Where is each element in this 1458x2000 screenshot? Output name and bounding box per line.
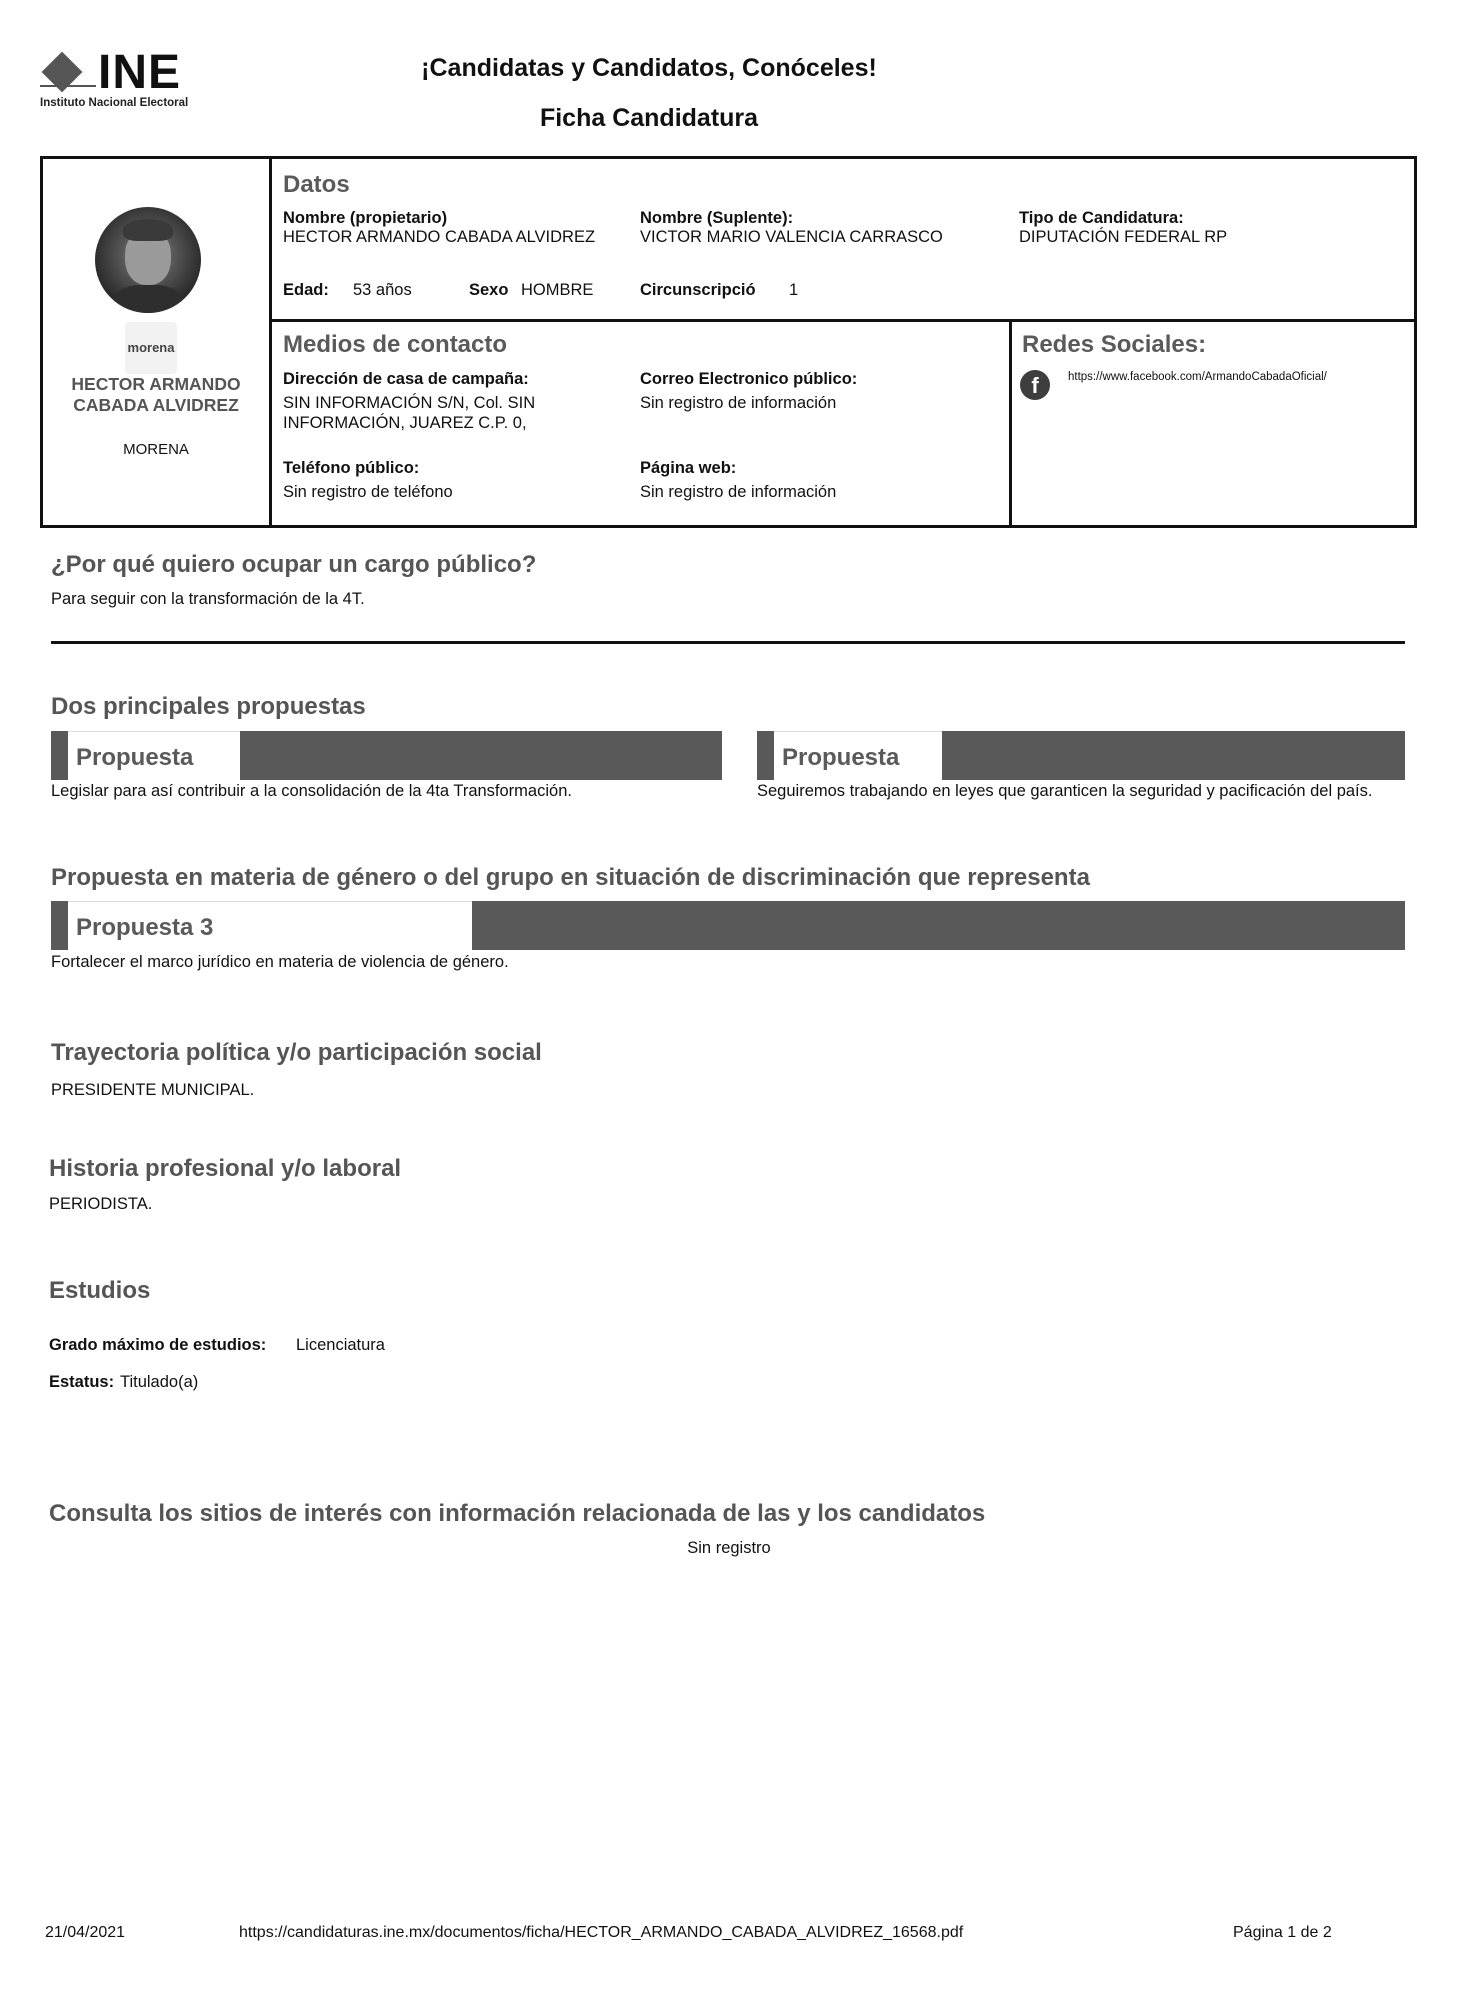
propuesta-3-bar: Propuesta 3 bbox=[51, 901, 1405, 950]
owner-label: Nombre (propietario) bbox=[283, 209, 447, 228]
web-label: Página web: bbox=[640, 459, 736, 478]
propuesta-1-bar: Propuesta bbox=[51, 731, 722, 780]
footer-page: Página 1 de 2 bbox=[1233, 1924, 1332, 1942]
propuesta-3-tab bbox=[51, 901, 68, 950]
email-value: Sin registro de información bbox=[640, 393, 836, 413]
phone-label: Teléfono público: bbox=[283, 459, 419, 478]
substitute-label: Nombre (Suplente): bbox=[640, 209, 793, 228]
datos-heading: Datos bbox=[283, 171, 350, 199]
status-label: Estatus: bbox=[49, 1373, 114, 1392]
page-subtitle: Ficha Candidatura bbox=[0, 104, 1378, 133]
age-label: Edad: bbox=[283, 281, 329, 300]
why-text: Para seguir con la transformación de la … bbox=[51, 590, 365, 609]
facebook-link[interactable]: https://www.facebook.com/ArmandoCabadaOf… bbox=[1068, 371, 1327, 383]
page-title: ¡Candidatas y Candidatos, Conóceles! bbox=[0, 54, 1378, 83]
footer-date: 21/04/2021 bbox=[45, 1924, 125, 1942]
substitute-value: VICTOR MARIO VALENCIA CARRASCO bbox=[640, 227, 943, 247]
footer-url[interactable]: https://candidaturas.ine.mx/documentos/f… bbox=[239, 1924, 963, 1942]
photo-hair bbox=[123, 219, 173, 241]
web-value: Sin registro de información bbox=[640, 482, 836, 502]
divider bbox=[269, 319, 1414, 322]
owner-value: HECTOR ARMANDO CABADA ALVIDREZ bbox=[283, 227, 595, 247]
address-label: Dirección de casa de campaña: bbox=[283, 370, 529, 389]
sex-value: HOMBRE bbox=[521, 280, 593, 300]
sex-label: Sexo bbox=[469, 281, 508, 300]
age-value: 53 años bbox=[353, 280, 412, 300]
sitios-heading: Consulta los sitios de interés con infor… bbox=[49, 1500, 985, 1528]
genero-text: Fortalecer el marco jurídico en materia … bbox=[51, 953, 509, 972]
propuesta-2-bar: Propuesta bbox=[757, 731, 1405, 780]
type-value: DIPUTACIÓN FEDERAL RP bbox=[1019, 227, 1227, 247]
divider bbox=[1009, 319, 1012, 525]
circ-value: 1 bbox=[789, 280, 798, 300]
estudios-heading: Estudios bbox=[49, 1277, 150, 1305]
address-line1: SIN INFORMACIÓN S/N, Col. SIN bbox=[283, 393, 535, 413]
sitios-text: Sin registro bbox=[0, 1539, 1458, 1558]
phone-value: Sin registro de teléfono bbox=[283, 482, 453, 502]
propuesta-2-tab bbox=[757, 731, 774, 780]
logo-baseline bbox=[40, 85, 96, 87]
genero-heading: Propuesta en materia de género o del gru… bbox=[51, 864, 1090, 892]
why-heading: ¿Por qué quiero ocupar un cargo público? bbox=[51, 551, 536, 579]
historia-text: PERIODISTA. bbox=[49, 1195, 152, 1214]
propuesta-1-tab bbox=[51, 731, 68, 780]
grade-value: Licenciatura bbox=[296, 1336, 385, 1355]
facebook-icon[interactable]: f bbox=[1020, 370, 1050, 400]
candidate-name: HECTOR ARMANDO CABADA ALVIDREZ bbox=[43, 374, 269, 416]
propuesta-1-text: Legislar para así contribuir a la consol… bbox=[51, 782, 572, 801]
contacto-heading: Medios de contacto bbox=[283, 331, 507, 359]
propuesta-1-label: Propuesta bbox=[68, 731, 240, 780]
trayectoria-text: PRESIDENTE MUNICIPAL. bbox=[51, 1081, 254, 1100]
redes-heading: Redes Sociales: bbox=[1022, 331, 1206, 359]
propuesta-3-label: Propuesta 3 bbox=[68, 901, 472, 950]
historia-heading: Historia profesional y/o laboral bbox=[49, 1155, 401, 1183]
candidate-party: MORENA bbox=[43, 441, 269, 458]
address-line2: INFORMACIÓN, JUAREZ C.P. 0, bbox=[283, 413, 527, 433]
section-divider bbox=[51, 641, 1405, 644]
email-label: Correo Electronico público: bbox=[640, 370, 857, 389]
propuesta-2-label: Propuesta bbox=[774, 731, 942, 780]
candidate-photo bbox=[95, 207, 201, 313]
circ-label: Circunscripció bbox=[640, 281, 756, 300]
trayectoria-heading: Trayectoria política y/o participación s… bbox=[51, 1039, 542, 1067]
photo-shirt bbox=[113, 285, 183, 313]
party-logo: morena bbox=[125, 322, 177, 374]
status-value: Titulado(a) bbox=[120, 1373, 198, 1392]
type-label: Tipo de Candidatura: bbox=[1019, 209, 1184, 228]
propuesta-2-text: Seguiremos trabajando en leyes que garan… bbox=[757, 782, 1372, 801]
divider bbox=[269, 159, 272, 525]
grade-label: Grado máximo de estudios: bbox=[49, 1336, 266, 1355]
propuestas-heading: Dos principales propuestas bbox=[51, 693, 366, 721]
